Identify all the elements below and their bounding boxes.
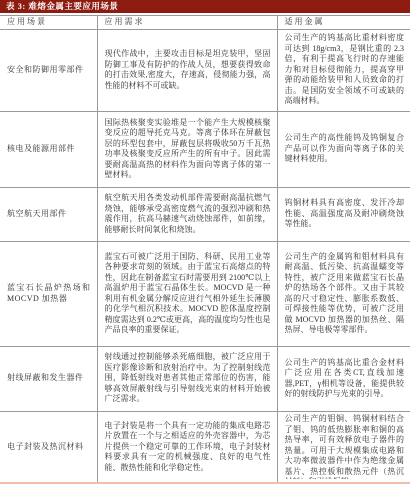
table-row: 航空航天用部件 航空航天用各类发动机部件需要耐高温抗燃气烧蚀，能够承受高密度燃气… — [0, 187, 410, 241]
table-row: 蓝宝石长晶炉热场和 MOCVD 加热器 蓝宝石可被广泛用于国防、科研、民用工业等… — [0, 241, 410, 346]
demand-cell: 蓝宝石可被广泛用于国防、科研、民用工业等各种要求苛刻的领域。由于蓝宝石高熔点的特… — [97, 241, 277, 346]
column-header-metal: 适用金属 — [277, 16, 410, 30]
scene-cell: 电子封装及热沉材料 — [0, 411, 97, 482]
metal-text: 公司生产的金属钨和钼材料具有耐高温、低污染、抗高温蠕变等特性，被广泛用来做蓝宝石… — [285, 252, 405, 336]
metal-cell: 公司生产的钨基高比重材料密度可达到 18g/cm3，是钢比重的 2.3 倍，有利… — [277, 29, 410, 111]
table-row: 安全和防御用零部件 现代作战中，主要攻击目标是坦克装甲，坚固防御工事及有防护的作… — [0, 29, 410, 111]
demand-text: 国际热核聚变实验堆是一个能产生大规模核聚变反应的超导托克马克。等离子体环在屏蔽包… — [105, 118, 271, 181]
table-row: 核电及能源用部件 国际热核聚变实验堆是一个能产生大规模核聚变反应的超导托克马克。… — [0, 111, 410, 187]
scene-text: 核电及能源用部件 — [7, 144, 91, 155]
demand-text: 电子封装是将一个具有一定功能的集成电路芯片放置在一个与之相适应的外壳容器中，为芯… — [105, 421, 271, 474]
scene-cell: 核电及能源用部件 — [0, 111, 97, 187]
metal-cell: 公司生产的高性能钨及钨铜复合产品可以作为面向等离子体的关键材料使用。 — [277, 111, 410, 187]
demand-text: 蓝宝石可被广泛用于国防、科研、民用工业等各种要求苛刻的领域。由于蓝宝石高熔点的特… — [105, 252, 271, 336]
demand-cell: 电子封装是将一个具有一定功能的集成电路芯片放置在一个与之相适应的外壳容器中，为芯… — [97, 411, 277, 482]
table-row: 射线屏蔽和发生器件 射线通过控制能够杀死癌细胞，被广泛应用于医疗影像诊断和放射治… — [0, 346, 410, 411]
demand-cell: 国际热核聚变实验堆是一个能产生大规模核聚变反应的超导托克马克。等离子体环在屏蔽包… — [97, 111, 277, 187]
demand-text: 射线通过控制能够杀死癌细胞，被广泛应用于医疗影像诊断和放射治疗中。为了控制射线范… — [105, 352, 271, 405]
column-header-scene: 应用场景 — [0, 16, 97, 30]
metal-cell: 公司生产的金属钨和钼材料具有耐高温、低污染、抗高温蠕变等特性，被广泛用来做蓝宝石… — [277, 241, 410, 346]
demand-cell: 现代作战中，主要攻击目标是坦克装甲，坚固防御工事及有防护的作战人员，想要获得致命… — [97, 29, 277, 111]
application-table: 应用场景 应用需求 适用金属 安全和防御用零部件 现代作战中，主要攻击目标是坦克… — [0, 15, 410, 482]
table-row: 电子封装及热沉材料 电子封装是将一个具有一定功能的集成电路芯片放置在一个与之相适… — [0, 411, 410, 482]
table-header-row: 应用场景 应用需求 适用金属 — [0, 16, 410, 30]
scene-text: 电子封装及热沉材料 — [7, 442, 91, 453]
metal-text: 钨铜材料具有高密度、发汗冷却性能、高温强度高及耐冲刷烧蚀等性能。 — [285, 198, 405, 230]
demand-text: 现代作战中，主要攻击目标是坦克装甲，坚固防御工事及有防护的作战人员，想要获得致命… — [105, 49, 271, 91]
table-bottom-rule — [0, 482, 410, 484]
scene-text: 安全和防御用零部件 — [7, 65, 91, 76]
metal-cell: 公司生产的钨基高比重合金材料广泛应用在各类CT,直线加速器,PET，γ相机等设备… — [277, 346, 410, 411]
scene-cell: 射线屏蔽和发生器件 — [0, 346, 97, 411]
scene-cell: 安全和防御用零部件 — [0, 29, 97, 111]
demand-text: 航空航天用各类发动机部件需要耐高温抗燃气烧蚀，能够承受高密度燃气流的强烈冲刷和热… — [105, 193, 271, 235]
metal-text: 公司生产的高性能钨及钨铜复合产品可以作为面向等离子体的关键材料使用。 — [285, 133, 405, 165]
table-title: 表 3: 难熔金属主要应用场景 — [6, 1, 118, 11]
scene-cell: 航空航天用部件 — [0, 187, 97, 241]
metal-text: 公司生产的钼铜、钨铜材料结合了钼、钨的低热膨胀率和铜的高热导率，可有效释放电子器… — [285, 414, 405, 479]
metal-cell: 钨铜材料具有高密度、发汗冷却性能、高温强度高及耐冲刷烧蚀等性能。 — [277, 187, 410, 241]
demand-cell: 射线通过控制能够杀死癌细胞，被广泛应用于医疗影像诊断和放射治疗中。为了控制射线范… — [97, 346, 277, 411]
scene-text: 蓝宝石长晶炉热场和 MOCVD 加热器 — [7, 283, 91, 304]
scene-text: 射线屏蔽和发生器件 — [7, 373, 91, 384]
column-header-demand: 应用需求 — [97, 16, 277, 30]
scene-text: 航空航天用部件 — [7, 209, 91, 220]
metal-cell: 公司生产的钼铜、钨铜材料结合了钼、钨的低热膨胀率和铜的高热导率，可有效释放电子器… — [277, 411, 410, 482]
scene-cell: 蓝宝石长晶炉热场和 MOCVD 加热器 — [0, 241, 97, 346]
metal-text: 公司生产的钨基高比重合金材料广泛应用在各类CT,直线加速器,PET，γ相机等设备… — [285, 358, 405, 400]
demand-cell: 航空航天用各类发动机部件需要耐高温抗燃气烧蚀，能够承受高密度燃气流的强烈冲刷和热… — [97, 187, 277, 241]
table-title-bar: 表 3: 难熔金属主要应用场景 — [0, 0, 410, 13]
metal-text: 公司生产的钨基高比重材料密度可达到 18g/cm3，是钢比重的 2.3 倍，有利… — [285, 33, 405, 107]
